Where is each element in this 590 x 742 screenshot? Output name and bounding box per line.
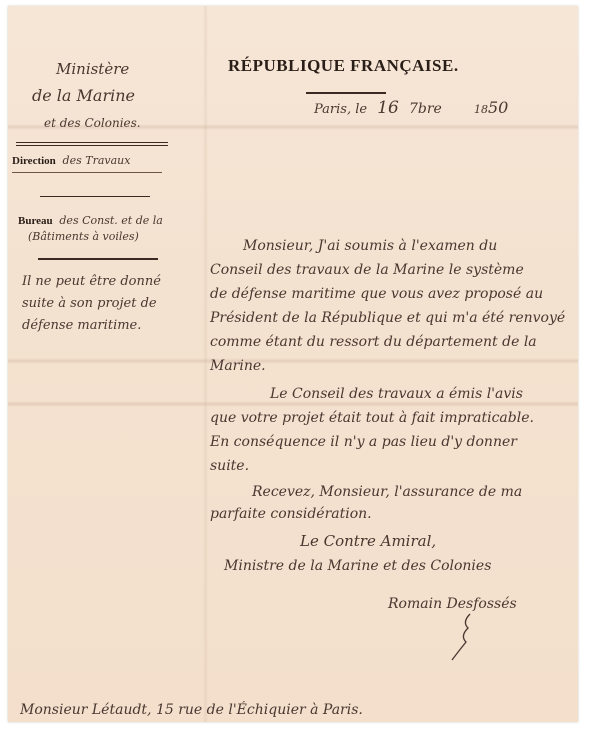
signature-title-2: Ministre de la Marine et des Colonies [224,558,491,574]
signature-name: Romain Desfossés [388,596,517,612]
body-line: Recevez, Monsieur, l'assurance de ma [252,484,522,500]
body-line: En conséquence il n'y a pas lieu d'y don… [210,434,517,450]
divider [38,258,158,260]
body-line: Président de la République et qui m'a ét… [210,310,565,326]
body-line: suite. [210,458,249,474]
divider [16,142,168,143]
body-line: parfaite considération. [210,506,372,522]
ministry-line-1: Ministère [56,60,129,78]
body-line: Monsieur, J'ai soumis à l'examen du [243,238,497,254]
recipient-address: Monsieur Létaudt, 15 rue de l'Échiquier … [20,702,363,718]
margin-note-line-3: défense maritime. [22,318,141,333]
date-year-suffix: 50 [488,98,508,117]
signature-flourish [448,612,478,662]
underline [12,172,162,173]
fold-crease [8,358,578,364]
ministry-line-3: et des Colonies. [44,116,141,130]
date-place: Paris, le [314,102,367,117]
divider [16,145,168,146]
body-line: que votre projet était tout à fait impra… [210,410,534,426]
direction-field: Direction des Travaux [12,154,130,167]
body-line: Marine. [210,358,266,374]
bureau-field: Bureau des Const. et de la [18,214,163,227]
body-line: Conseil des travaux de la Marine le syst… [210,262,524,278]
body-line: Le Conseil des travaux a émis l'avis [270,386,523,402]
date-line: Paris, le 16 7bre 1850 [314,98,508,118]
letter-paper: Ministère de la Marine et des Colonies. … [8,6,578,722]
ministry-line-2: de la Marine [32,86,135,105]
header-ornament [306,92,386,94]
fold-crease [203,6,208,722]
body-line: de défense maritime que vous avez propos… [210,286,543,302]
direction-value: des Travaux [63,154,131,167]
bureau-value: des Const. et de la [59,214,162,227]
signature-title-1: Le Contre Amiral, [300,532,436,550]
date-day: 16 [377,98,399,118]
divider [40,196,150,197]
body-line: comme étant du ressort du département de… [210,334,537,350]
margin-note-line-2: suite à son projet de [22,296,157,311]
republic-header: RÉPUBLIQUE FRANÇAISE. [228,56,459,76]
date-year-prefix: 18 [474,103,488,116]
date-month: 7bre [409,101,442,117]
bureau-value-line-2: (Bâtiments à voiles) [28,230,139,243]
direction-label: Direction [12,155,56,167]
bureau-label: Bureau [18,215,53,227]
margin-note-line-1: Il ne peut être donné [22,274,161,289]
